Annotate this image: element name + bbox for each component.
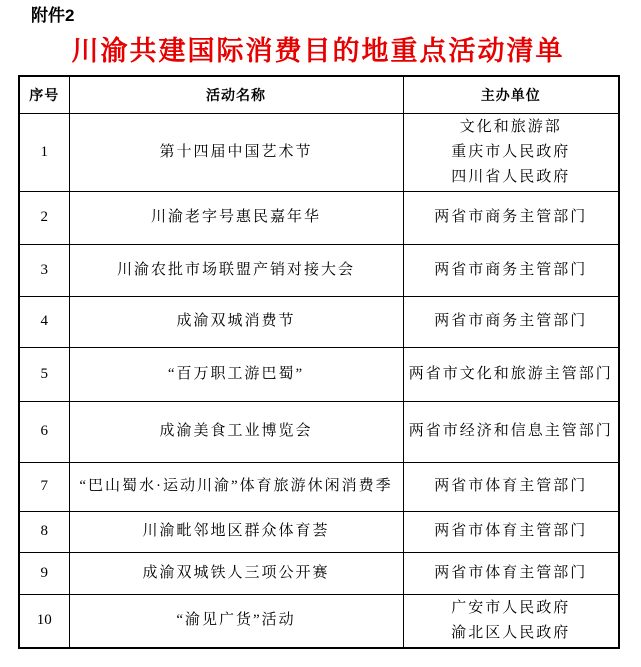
organizer-line: 两省市商务主管部门 (407, 309, 616, 334)
table-row: 4成渝双城消费节两省市商务主管部门 (19, 296, 619, 347)
document-page: 附件2 川渝共建国际消费目的地重点活动清单 序号 活动名称 主办单位 1第十四届… (0, 0, 641, 667)
organizer-line: 广安市人民政府 (407, 596, 616, 621)
cell-activity-name: “巴山蜀水·运动川渝”体育旅游休闲消费季 (69, 462, 403, 511)
cell-activity-name: “渝见广货”活动 (69, 594, 403, 648)
organizer-line: 四川省人民政府 (407, 165, 616, 190)
table-row: 7“巴山蜀水·运动川渝”体育旅游休闲消费季两省市体育主管部门 (19, 462, 619, 511)
cell-organizer: 两省市文化和旅游主管部门 (403, 347, 619, 401)
cell-serial-number: 8 (19, 511, 69, 552)
table-row: 1第十四届中国艺术节文化和旅游部重庆市人民政府四川省人民政府 (19, 113, 619, 191)
cell-activity-name: 成渝双城铁人三项公开赛 (69, 552, 403, 594)
header-serial-number: 序号 (19, 76, 69, 113)
organizer-line: 两省市体育主管部门 (407, 561, 616, 586)
page-title: 川渝共建国际消费目的地重点活动清单 (18, 35, 618, 67)
cell-activity-name: 成渝美食工业博览会 (69, 401, 403, 462)
cell-activity-name: 成渝双城消费节 (69, 296, 403, 347)
table-header-row: 序号 活动名称 主办单位 (19, 76, 619, 113)
cell-organizer: 广安市人民政府渝北区人民政府 (403, 594, 619, 648)
table-row: 10“渝见广货”活动广安市人民政府渝北区人民政府 (19, 594, 619, 648)
organizer-line: 两省市体育主管部门 (407, 474, 616, 499)
cell-serial-number: 4 (19, 296, 69, 347)
activity-table: 序号 活动名称 主办单位 1第十四届中国艺术节文化和旅游部重庆市人民政府四川省人… (18, 75, 620, 649)
table-row: 3川渝农批市场联盟产销对接大会两省市商务主管部门 (19, 244, 619, 296)
organizer-line: 两省市体育主管部门 (407, 519, 616, 544)
cell-activity-name: “百万职工游巴蜀” (69, 347, 403, 401)
cell-serial-number: 2 (19, 191, 69, 244)
cell-serial-number: 9 (19, 552, 69, 594)
cell-organizer: 文化和旅游部重庆市人民政府四川省人民政府 (403, 113, 619, 191)
cell-serial-number: 7 (19, 462, 69, 511)
cell-activity-name: 川渝老字号惠民嘉年华 (69, 191, 403, 244)
cell-serial-number: 5 (19, 347, 69, 401)
activity-table-body: 1第十四届中国艺术节文化和旅游部重庆市人民政府四川省人民政府2川渝老字号惠民嘉年… (19, 113, 619, 648)
header-activity-name: 活动名称 (69, 76, 403, 113)
cell-organizer: 两省市商务主管部门 (403, 191, 619, 244)
organizer-line: 重庆市人民政府 (407, 140, 616, 165)
cell-serial-number: 3 (19, 244, 69, 296)
table-row: 6成渝美食工业博览会两省市经济和信息主管部门 (19, 401, 619, 462)
cell-organizer: 两省市商务主管部门 (403, 244, 619, 296)
attachment-label: 附件2 (31, 0, 641, 26)
cell-activity-name: 川渝毗邻地区群众体育荟 (69, 511, 403, 552)
cell-organizer: 两省市体育主管部门 (403, 462, 619, 511)
organizer-line: 两省市文化和旅游主管部门 (407, 362, 616, 387)
cell-serial-number: 10 (19, 594, 69, 648)
cell-activity-name: 第十四届中国艺术节 (69, 113, 403, 191)
organizer-line: 两省市经济和信息主管部门 (407, 419, 616, 444)
organizer-line: 文化和旅游部 (407, 115, 616, 140)
organizer-line: 两省市商务主管部门 (407, 205, 616, 230)
cell-serial-number: 6 (19, 401, 69, 462)
table-row: 5“百万职工游巴蜀”两省市文化和旅游主管部门 (19, 347, 619, 401)
organizer-line: 两省市商务主管部门 (407, 258, 616, 283)
cell-activity-name: 川渝农批市场联盟产销对接大会 (69, 244, 403, 296)
table-row: 9成渝双城铁人三项公开赛两省市体育主管部门 (19, 552, 619, 594)
cell-organizer: 两省市体育主管部门 (403, 511, 619, 552)
cell-organizer: 两省市商务主管部门 (403, 296, 619, 347)
cell-organizer: 两省市体育主管部门 (403, 552, 619, 594)
table-row: 2川渝老字号惠民嘉年华两省市商务主管部门 (19, 191, 619, 244)
header-organizer: 主办单位 (403, 76, 619, 113)
table-row: 8川渝毗邻地区群众体育荟两省市体育主管部门 (19, 511, 619, 552)
organizer-line: 渝北区人民政府 (407, 621, 616, 646)
cell-organizer: 两省市经济和信息主管部门 (403, 401, 619, 462)
cell-serial-number: 1 (19, 113, 69, 191)
